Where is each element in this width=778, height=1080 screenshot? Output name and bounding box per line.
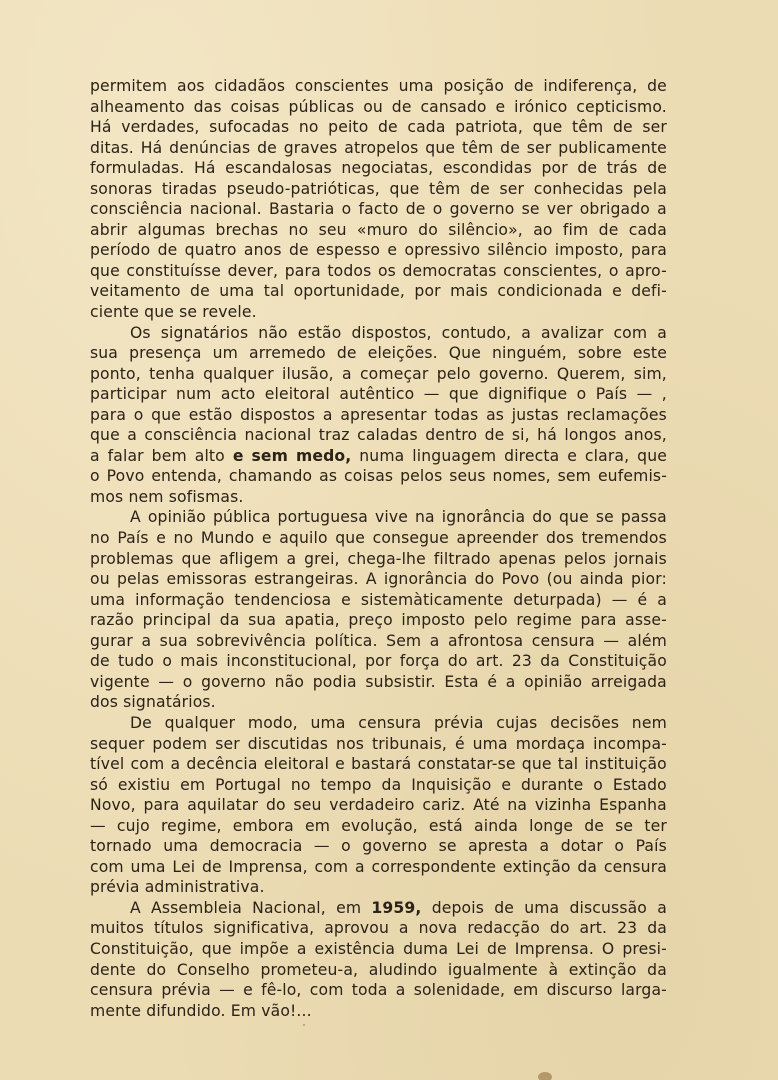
word: Mundo [201,528,254,549]
text-line: tornadoumademocracia—ogovernoseaprestaad… [90,836,667,857]
word: política. [315,631,378,652]
word: aquilatar [187,795,258,816]
word: Há [90,117,112,138]
text-line: dentedoConselhoprometeu-a,aludindoigualm… [90,960,667,981]
word: pelo [437,364,471,385]
word: portuguesa [278,507,368,528]
text-line: oupelasemissorasestrangeiras.Aignorância… [90,569,667,590]
text-line: formuladas.Háescandalosasnegociatas,esco… [90,158,667,179]
word: apro- [625,261,667,282]
text-line: Novo,paraaquilatardoseuverdadeirocariz.A… [90,795,667,816]
word: pelos [400,466,442,487]
word: Sem [386,631,421,652]
word: abrir [90,220,127,241]
paragraph: Dequalquermodo,umacensurapréviacujasdeci… [90,713,667,898]
word: opinião [524,672,582,693]
word: cepticismo. [576,97,667,118]
word: começar [360,364,429,385]
word: duma [403,939,448,960]
word: vão!... [261,1001,312,1022]
word: prometeu-a, [260,960,358,981]
text-line: sequerpodemserdiscutidasnostribunais,éum… [90,734,667,755]
word: ou [90,569,110,590]
text-line: oPovoentenda,chamandoascoisaspelosseusno… [90,466,667,487]
word: mais [180,651,218,672]
word: muitos [90,918,144,939]
text-line: comumaLeideImprensa,comacorrespondenteex… [90,857,667,878]
word: dotar [561,836,603,857]
word: a [657,590,667,611]
word: obrigado [580,199,650,220]
word: o [614,836,624,857]
word: conhecidas [534,179,623,200]
text-line: noPaísenoMundoeaquiloqueconsegueapreende… [90,528,667,549]
word: Lei [456,939,479,960]
word: apresentar [340,405,426,426]
word: apreender [457,528,539,549]
word: aos [177,76,205,97]
word: — [424,384,440,405]
word: traz [319,425,350,446]
word: que [390,179,420,200]
word: País [117,528,148,549]
word: de [485,425,505,446]
paper-stain [538,1072,552,1080]
word: aprovou [324,918,389,939]
word: de [470,179,490,200]
word: um [213,343,238,364]
word: arreigada [591,672,667,693]
word: que [533,117,563,138]
word: nacional. [190,199,262,220]
word: seus [449,466,485,487]
word: sem [251,446,288,467]
text-line: permitemaoscidadãosconscientesumaposição… [90,76,667,97]
text-line: umainformaçãotendenciosaesistemàticament… [90,590,667,611]
word: a [355,857,365,878]
word: não [258,323,287,344]
word: se [522,199,540,220]
word: que [202,939,232,960]
text-line: muitostítulossignificativa,aprovouanovar… [90,918,667,939]
word: igualmente [448,960,538,981]
text-line: Dequalquermodo,umacensurapréviacujasdeci… [90,713,667,734]
word: sonoras [90,179,152,200]
word: de [406,199,426,220]
word: anos [244,240,282,261]
word: do [475,569,495,590]
word: — [219,980,235,1001]
text-line: mosnemsofismas. [90,487,667,508]
word: prévia [434,713,484,734]
word: do [266,795,286,816]
word: ponto, [90,364,141,385]
word: governo. [479,364,549,385]
word: depois [432,898,484,919]
word: cujas [496,713,537,734]
paragraph: AAssembleiaNacional,em1959,depoisdeumadi… [90,898,667,1021]
word: acto [221,384,255,405]
word: é [455,734,465,755]
word: formuladas. [90,158,184,179]
word: de [202,857,222,878]
word: públicas [289,97,355,118]
word: no [291,775,311,796]
text-line: sonorastiradaspseudo-patrióticas,quetêmd… [90,179,667,200]
text-line: queaconsciêncianacionaltrazcaladasdentro… [90,425,667,446]
word: difundido. [146,1001,225,1022]
word: tal [264,281,284,302]
word: uma [310,713,345,734]
word: constituísse [126,261,221,282]
word: defi- [631,281,667,302]
word: Constituição [568,651,667,672]
word: passa [621,507,667,528]
word: mordaça [516,734,586,755]
word: discussão [569,898,647,919]
word: cariz. [422,795,465,816]
paragraph: Aopiniãopúblicaportuguesavivenaignorânci… [90,507,667,712]
word: Espanha [599,795,667,816]
word: ainda [580,569,624,590]
word: Constituição, [90,939,194,960]
word: dos [546,528,574,549]
word: seu [293,795,321,816]
word: presença [129,343,202,364]
word: democracia [210,836,303,857]
word: sua [160,631,188,652]
word: atropelos [344,138,418,159]
word: que [335,528,365,549]
word: da [540,651,560,672]
word: espesso [316,240,380,261]
word: (ou [547,569,573,590]
word: a [396,980,406,1001]
word: patriota, [455,117,523,138]
paper-speck [303,1024,305,1026]
word: — [603,631,619,652]
word: País [636,836,667,857]
paragraph: permitemaoscidadãosconscientesumaposição… [90,76,667,323]
word: ninguém, [492,343,567,364]
word: eleitoral [265,384,330,405]
text-line: censuraprévia—efê-lo,comtodaasolenidade,… [90,980,667,1001]
word: sua [248,610,276,631]
word: Bastaria [269,199,335,220]
word: extinção [503,857,571,878]
word: só [90,775,108,796]
word: art. [476,651,504,672]
word: algumas [138,220,206,241]
word: em [305,816,330,837]
text-line: abriralgumasbrechasnoseu«murodosilêncio»… [90,220,667,241]
word: imposto [401,610,465,631]
word: Assembleia [151,898,242,919]
word: do [532,507,552,528]
word: autêntico [339,384,414,405]
document-page: permitemaoscidadãosconscientesumaposição… [90,76,667,1021]
word: avalizar [541,323,603,344]
word: sua [90,343,118,364]
word: no [299,117,319,138]
word: alheamento [90,97,185,118]
word: que [449,384,479,405]
word: ciente [90,302,139,323]
word: ilusão, [282,364,334,385]
word: democratas [403,261,497,282]
word: clara, [585,446,629,467]
word: se [179,302,197,323]
word: numa [359,446,404,467]
word: quatro [185,240,237,261]
word: uma [219,281,254,302]
text-line: Constituição,queimpõeaexistênciadumaLeid… [90,939,667,960]
word: período [90,240,150,261]
word: filtrado [434,549,491,570]
word: nem [128,487,163,508]
word: a [657,323,667,344]
word: veitamento [90,281,181,302]
word: e [243,980,253,1001]
word: — [612,590,628,611]
word: a [323,405,333,426]
word: governo [201,672,266,693]
word: denúncias [169,138,250,159]
word: de [190,281,210,302]
word: o [90,466,100,487]
word: do [146,960,166,981]
word: governo [450,199,515,220]
word: eleitoral [264,754,329,775]
word: o [593,775,603,796]
word: de [613,117,633,138]
text-line: consciêncianacional.Bastariaofactodeogov… [90,199,667,220]
word: imposto, [555,240,624,261]
word: dentro [425,425,477,446]
word: principal [143,610,212,631]
word: apatia, [285,610,340,631]
word: fim [563,220,588,241]
word: os [378,261,396,282]
word: embora [233,816,294,837]
word: apenas [498,549,556,570]
word: longos [564,425,616,446]
text-line: —cujoregime,emboraemevolução,estáaindalo… [90,816,667,837]
word: para [631,240,667,261]
word: opinião [148,507,206,528]
word: nacional [244,425,311,446]
word: jornais [614,549,667,570]
word: a [90,446,100,467]
word: que [425,138,455,159]
word: opressivo [404,240,480,261]
word: 23 [617,918,637,939]
word: ao [533,220,552,241]
word: inconstitucional, [226,651,357,672]
text-line: afalarbemaltoesemmedo,numalinguagemdirec… [90,446,667,467]
word: censura [90,980,153,1001]
text-line: problemasqueafligemagrei,chega-lhefiltra… [90,549,667,570]
text-line: suapresençaumarremedodeeleições.Queningu… [90,343,667,364]
word: para [285,261,321,282]
text-line: detudoomaisinconstitucional,porforçadoar… [90,651,667,672]
word: da [577,857,597,878]
word: regime [516,610,572,631]
word: fê-lo, [261,980,301,1001]
word: Novo, [90,795,136,816]
word: mente [90,1001,141,1022]
word: que [151,405,181,426]
word: o [609,261,619,282]
word: pelas [117,569,159,590]
word: de [584,816,604,837]
text-line: gurarasuasobrevivênciapolítica.Semaafron… [90,631,667,652]
word: de [90,651,110,672]
text-line: queconstituíssedever,paratodososdemocrat… [90,261,667,282]
word: com [613,323,647,344]
word: modo, [248,713,298,734]
word: no [174,528,194,549]
word: censura [604,857,667,878]
word: se [439,836,457,857]
text-line: vigente—ogovernonãopodiasubsistir.Estaéa… [90,672,667,693]
word: mais [450,281,488,302]
word: e [567,446,577,467]
word: podia [313,672,357,693]
word: não [275,672,304,693]
word: Conselho [177,960,250,981]
word: que [90,425,120,446]
word: o [134,405,144,426]
text-line: AAssembleiaNacional,em1959,depoisdeumadi… [90,898,667,919]
word: qualquer [165,713,236,734]
text-line: paraoqueestãodispostosaapresentartodasas… [90,405,667,426]
word: a [141,631,151,652]
word: sequer [90,734,144,755]
word: o [341,836,351,857]
word: pela [633,179,667,200]
word: nem [632,713,667,734]
word: sistemàticamente [361,590,503,611]
word: aludindo [369,960,438,981]
word: e [233,446,244,467]
word: O [602,939,614,960]
word: sem [558,466,591,487]
word: dispostos [240,405,315,426]
word: pelos [564,549,606,570]
text-line: períododequatroanosdeespessoeopressivosi… [90,240,667,261]
word: posição [443,76,504,97]
word: vive [375,507,408,528]
word: à [548,960,558,981]
word: discutidas [248,734,328,755]
word: a [342,364,352,385]
word: do [448,651,468,672]
word: tempo [321,775,372,796]
word: participar [90,384,167,405]
word: o [342,199,352,220]
word: peito [328,117,368,138]
word: coisas [344,466,393,487]
word: redacção [467,918,540,939]
word: do [550,918,570,939]
word: graves [284,138,338,159]
word: indiferença, [543,76,637,97]
word: cada [629,220,667,241]
word: A [366,569,377,590]
word: escandalosas [225,158,332,179]
word: prévia [90,877,140,898]
text-line: participarnumactoeleitoralautêntico—qued… [90,384,667,405]
word: ver [547,199,573,220]
word: dos [90,692,118,713]
word: incompa- [593,734,667,755]
word: eufemis- [598,466,667,487]
word: e [341,590,351,611]
word: medo, [296,446,351,467]
text-line: ponto,tenhaqualquerilusão,acomeçarpelogo… [90,364,667,385]
word: a [506,672,516,693]
word: a [399,918,409,939]
word: vigente [90,672,150,693]
word: escondidas [443,158,532,179]
text-line: ditas.Hádenúnciasdegravesatropelosquetêm… [90,138,667,159]
word: Os [130,323,151,344]
word: se [615,816,633,837]
word: sufocadas [209,117,289,138]
text-line: préviaadministrativa. [90,877,667,898]
word: deturpada) [513,590,601,611]
word: tremendos [582,528,667,549]
word: alto [195,446,225,467]
word: da [382,775,402,796]
word: de [378,117,398,138]
word: existência [315,939,396,960]
word: contudo, [442,323,512,344]
word: discurso [547,980,613,1001]
word: seu [319,220,347,241]
text-line: Aopiniãopúblicaportuguesavivenaignorânci… [90,507,667,528]
word: caladas [357,425,418,446]
word: ignorância [442,507,525,528]
word: gurar [90,631,133,652]
word: Há [141,138,163,159]
word: afrontosa [448,631,523,652]
word: afligem [219,549,278,570]
word: ser [500,179,525,200]
word: falar [108,446,144,467]
word: por [365,651,391,672]
word: longe [529,816,573,837]
word: signatários [161,323,249,344]
word: e [495,97,505,118]
word: Há [194,158,216,179]
word: De [130,713,152,734]
word: nomes, [493,466,551,487]
text-line: cientequeserevele. [90,302,667,323]
word: uma [163,836,198,857]
word: e [501,775,511,796]
word: em [336,898,361,919]
word: de [514,76,534,97]
word: nos [336,734,364,755]
word: têm [462,138,493,159]
word: administrativa. [145,877,265,898]
word: a [657,199,667,220]
word: coisas [231,97,280,118]
word: que [181,549,211,570]
word: num [176,384,211,405]
